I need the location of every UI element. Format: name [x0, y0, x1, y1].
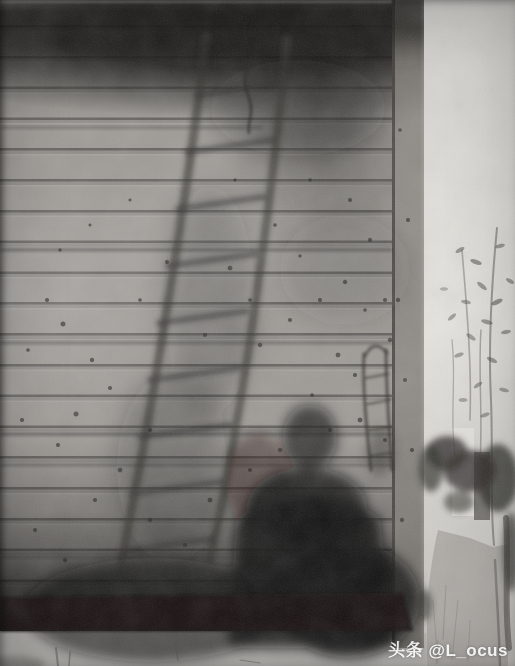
film-grain: [0, 0, 515, 666]
watermark: 头条 @L_ocus: [388, 636, 508, 661]
photo-detail-overlay: [0, 0, 515, 666]
photograph: 头条 @L_ocus: [0, 0, 515, 666]
